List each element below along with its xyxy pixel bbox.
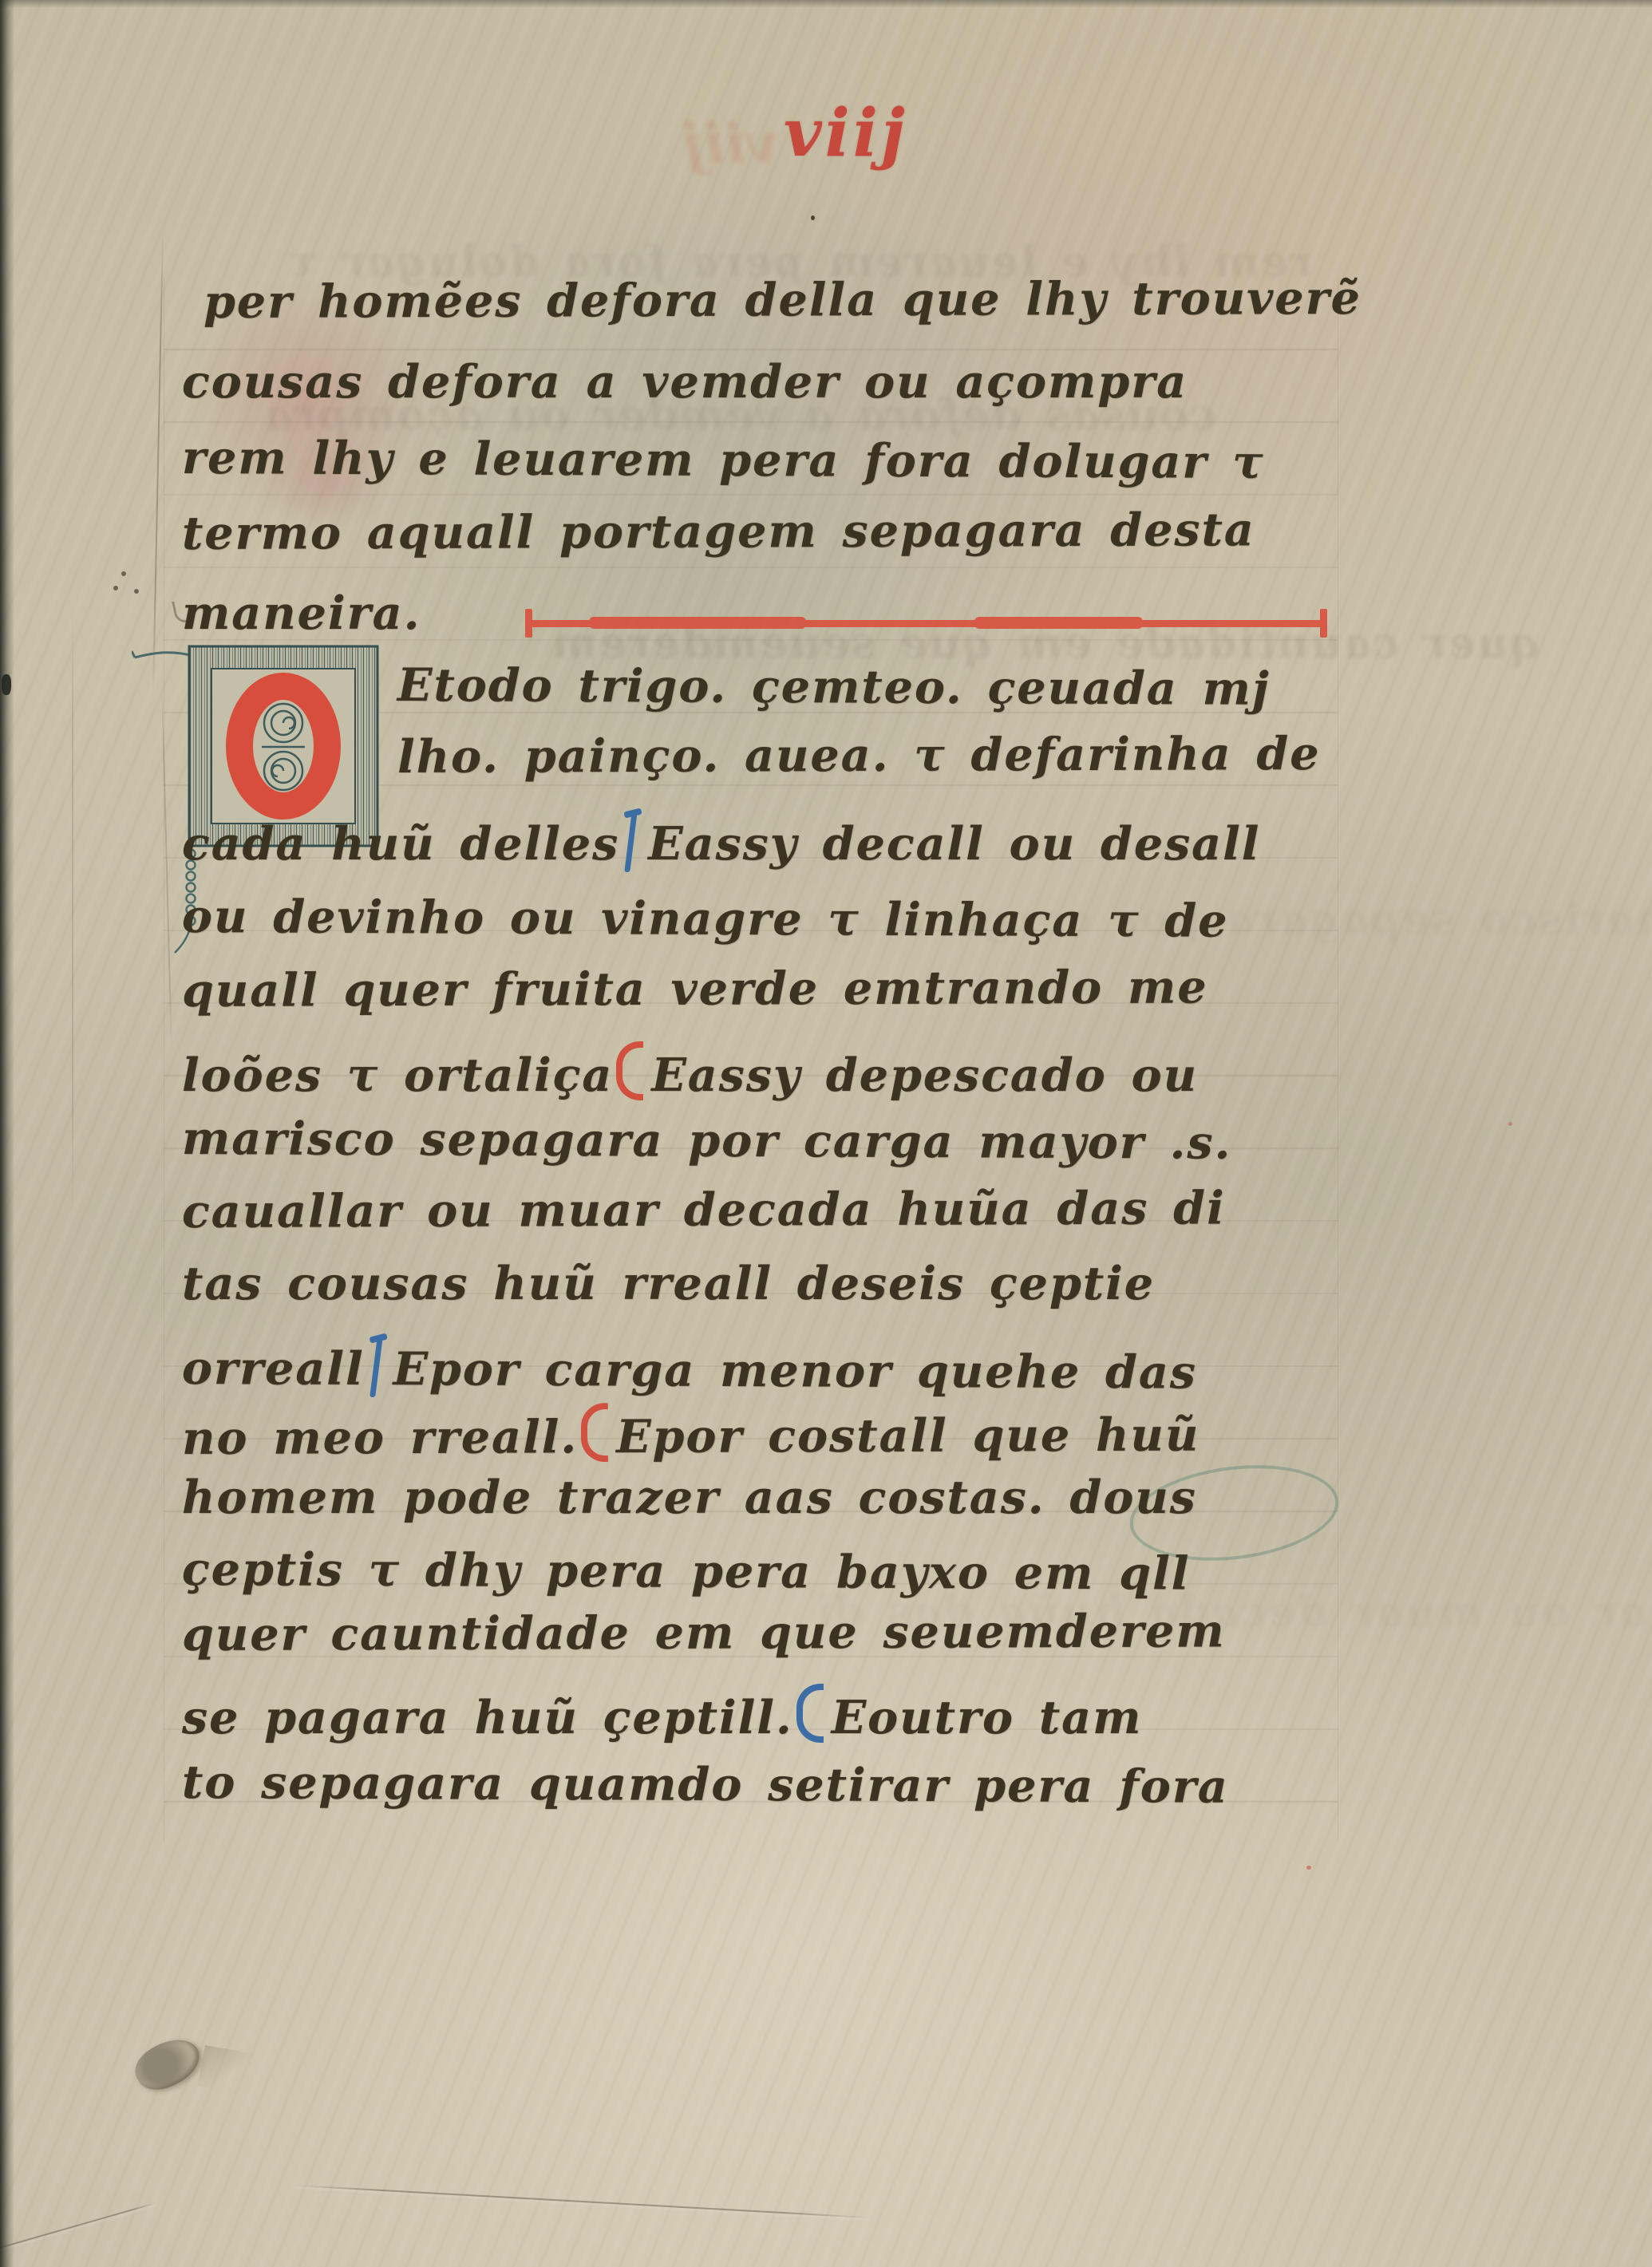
parchment-scar-fold (198, 2045, 254, 2095)
line-text: quall quer fruita verde emtrando me (182, 961, 1208, 1017)
line-text: to sepagara quamdo setirar pera fora (182, 1756, 1229, 1814)
manuscript-line: orreallEpor carga menor quehe das (182, 1334, 1197, 1401)
ink-speck (1508, 1122, 1512, 1126)
line-text: loões τ ortaliça (182, 1049, 613, 1102)
parchment-scar (128, 2029, 207, 2099)
paragraph-mark-icon (581, 1403, 608, 1462)
line-text: orreall (182, 1341, 365, 1396)
filler-end-serif (1320, 609, 1327, 638)
manuscript-line: termo aquall portagem sepagara desta (182, 507, 1255, 556)
margin-dots-mark (121, 571, 126, 576)
filler-bar-segment (589, 617, 805, 629)
manuscript-line: rem lhy e leuarem pera fora dolugar τ (182, 435, 1265, 485)
manuscript-line: tas cousas huũ rreall deseis çeptie (182, 1261, 1155, 1306)
manuscript-line: homem pode trazer aas costas. dous (182, 1475, 1197, 1520)
paragraph-mark-icon (366, 1335, 385, 1397)
manuscript-line: Etodo trigo. çemteo. çeuada mj (397, 662, 1271, 712)
line-text: per homẽes defora della que lhy trouverẽ (204, 271, 1362, 329)
line-text: marisco sepagara por carga mayor .s. (182, 1112, 1232, 1170)
line-text: lho. painço. auea. τ defarinha de (397, 727, 1321, 784)
red-line-filler-ornament (525, 609, 1327, 638)
manuscript-line: marisco sepagara por carga mayor .s. (182, 1116, 1232, 1166)
line-text: maneira. (182, 586, 421, 640)
line-text: cousas defora a vemder ou açompra (182, 355, 1188, 409)
manuscript-line: quer cauntidade em que seuemderem (182, 1608, 1226, 1657)
manuscript-line: maneira. (182, 590, 421, 636)
manuscript-line: cada huũ dellesEassy decall ou desall (182, 810, 1260, 872)
line-text: rem lhy e leuarem pera fora dolugar τ (182, 431, 1265, 489)
manuscript-line: per homẽes defora della que lhy trouverẽ (204, 275, 1362, 325)
line-text: cauallar ou muar decada huũa das di (182, 1181, 1226, 1238)
manuscript-page: rem lhy e leuarem pera fora dolugar τ co… (0, 0, 1652, 2267)
manuscript-line: quall quer fruita verde emtrando me (182, 965, 1208, 1013)
manuscript-line: cousas defora a vemder ou açompra (182, 359, 1188, 405)
paragraph-mark-icon (796, 1684, 824, 1743)
line-text: Epor costall que huũ (616, 1408, 1199, 1464)
manuscript-line: loões τ ortaliçaEassy depescado ou (182, 1041, 1198, 1100)
line-text: tas cousas huũ rreall deseis çeptie (182, 1257, 1155, 1310)
line-text: se pagara huũ çeptill. (182, 1691, 793, 1744)
paragraph-mark-icon (621, 810, 640, 872)
filler-bar-segment (974, 617, 1143, 629)
page-top-shadow (0, 0, 1652, 8)
parchment-crease (296, 2185, 870, 2218)
line-text: çeptis τ dhy pera pera bayxo em qll (182, 1542, 1191, 1601)
page-gutter-shadow (0, 0, 14, 2267)
line-text: no meo rreall. (182, 1410, 578, 1465)
manuscript-line: no meo rreall.Epor costall que huũ (182, 1401, 1200, 1463)
line-text: homem pode trazer aas costas. dous (182, 1471, 1197, 1524)
manuscript-line: çeptis τ dhy pera pera bayxo em qll (182, 1546, 1191, 1597)
line-text: termo aquall portagem sepagara desta (182, 503, 1255, 560)
manuscript-line: lho. painço. auea. τ defarinha de (397, 731, 1321, 780)
parchment-crease (0, 2202, 156, 2253)
folio-number: viij (784, 101, 908, 166)
parchment-crease (152, 231, 164, 694)
manuscript-line: cauallar ou muar decada huũa das di (182, 1185, 1226, 1234)
line-text: Epor carga menor quehe das (393, 1342, 1197, 1399)
line-text: Etodo trigo. çemteo. çeuada mj (397, 658, 1271, 716)
paragraph-mark-icon (616, 1041, 643, 1100)
ink-speck (811, 215, 815, 220)
manuscript-line: ou devinho ou vinagre τ linhaça τ de (182, 894, 1229, 944)
parchment-crease (72, 606, 73, 1213)
line-text: Eoutro tam (832, 1691, 1143, 1744)
line-text: quer cauntidade em que seuemderem (182, 1604, 1226, 1661)
folio-number-offset: viij (683, 110, 778, 176)
ink-speck (1306, 1866, 1311, 1870)
manuscript-line: se pagara huũ çeptill.Eoutro tam (182, 1684, 1142, 1743)
line-text: ou devinho ou vinagre τ linhaça τ de (182, 890, 1229, 948)
manuscript-line: to sepagara quamdo setirar pera fora (182, 1759, 1229, 1810)
line-text: Eassy decall ou desall (648, 817, 1260, 871)
line-text: Eassy depescado ou (651, 1049, 1198, 1102)
line-text: cada huũ delles (182, 817, 619, 871)
